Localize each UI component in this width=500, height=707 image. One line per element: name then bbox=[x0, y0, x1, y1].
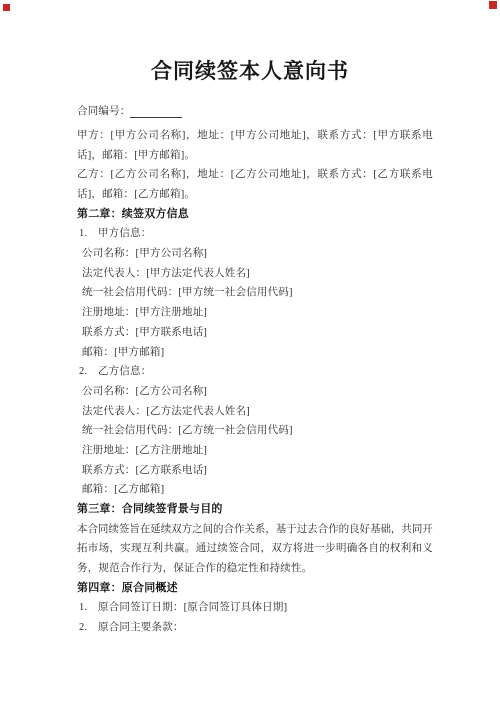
svg-text:话]，邮箱：[乙方邮箱]。: 话]，邮箱：[乙方邮箱]。 bbox=[77, 187, 195, 200]
svg-text:甲方：[甲方公司名称]，地址：[甲方公司地址]，联系方式：[: 甲方：[甲方公司名称]，地址：[甲方公司地址]，联系方式：[甲方联系电 bbox=[77, 128, 433, 141]
contract-number-line: 合同编号： bbox=[77, 103, 433, 123]
chapter-3-paragraph-line-3: 务，规范合作行为，保证合作的稳定性和持续性。 bbox=[77, 560, 433, 580]
field-party-a-registered-address: 注册地址：[甲方注册地址] bbox=[77, 304, 433, 324]
field-party-a-credit-code: 统一社会信用代码：[甲方统一社会信用代码] bbox=[77, 284, 433, 304]
svg-text:邮箱：[乙方邮箱]: 邮箱：[乙方邮箱] bbox=[82, 482, 164, 495]
field-party-a-contact: 联系方式：[甲方联系电话] bbox=[77, 324, 433, 344]
svg-text:联系方式：[甲方联系电话]: 联系方式：[甲方联系电话] bbox=[82, 325, 207, 338]
svg-text:拓市场，实现互利共赢。通过续签合同，双方将进一步明确各自的权: 拓市场，实现互利共赢。通过续签合同，双方将进一步明确各自的权利和义 bbox=[77, 541, 433, 554]
svg-text:法定代表人：[乙方法定代表人姓名]: 法定代表人：[乙方法定代表人姓名] bbox=[82, 404, 250, 417]
svg-text:公司名称：[乙方公司名称]: 公司名称：[乙方公司名称] bbox=[82, 384, 207, 397]
field-party-b-contact: 联系方式：[乙方联系电话] bbox=[77, 462, 433, 482]
party-a-intro-line-2: 话]，邮箱：[甲方邮箱]。 bbox=[77, 147, 433, 167]
document-body: 合同编号： 甲方：[甲方公司名称]，地址：[甲方公司地址]，联系方式：[甲方联系… bbox=[77, 103, 433, 639]
svg-text:注册地址：[甲方注册地址]: 注册地址：[甲方注册地址] bbox=[82, 305, 207, 318]
chapter-2-heading: 第二章：续签双方信息 bbox=[77, 206, 433, 226]
field-party-a-company-name: 公司名称：[甲方公司名称] bbox=[77, 245, 433, 265]
party-b-intro-line-1: 乙方：[乙方公司名称]，地址：[乙方公司地址]，联系方式：[乙方联系电 bbox=[77, 166, 433, 186]
svg-text:1. 甲方信息：: 1. 甲方信息： bbox=[79, 226, 151, 239]
svg-text:邮箱：[甲方邮箱]: 邮箱：[甲方邮箱] bbox=[82, 345, 164, 358]
field-party-b-company-name: 公司名称：[乙方公司名称] bbox=[77, 383, 433, 403]
chapter-4-heading: 第四章：原合同概述 bbox=[77, 580, 433, 600]
svg-text:第四章：原合同概述: 第四章：原合同概述 bbox=[77, 580, 178, 594]
field-party-a-email: 邮箱：[甲方邮箱] bbox=[77, 344, 433, 364]
svg-text:第二章：续签双方信息: 第二章：续签双方信息 bbox=[77, 206, 190, 220]
field-party-a-legal-rep: 法定代表人：[甲方法定代表人姓名] bbox=[77, 265, 433, 285]
svg-text:话]，邮箱：[甲方邮箱]。: 话]，邮箱：[甲方邮箱]。 bbox=[77, 148, 195, 161]
party-b-intro-line-2: 话]，邮箱：[乙方邮箱]。 bbox=[77, 186, 433, 206]
page-title: 合同续签本人意向书 bbox=[0, 58, 500, 84]
field-party-b-registered-address: 注册地址：[乙方注册地址] bbox=[77, 442, 433, 462]
document-page: 合同续签本人意向书 合同编号： 甲方：[甲方公司名称]，地址：[甲方公司地址]，… bbox=[0, 0, 500, 707]
chapter-3-heading: 第三章：合同续签背景与目的 bbox=[77, 501, 433, 521]
field-party-b-legal-rep: 法定代表人：[乙方法定代表人姓名] bbox=[77, 403, 433, 423]
svg-text:法定代表人：[甲方法定代表人姓名]: 法定代表人：[甲方法定代表人姓名] bbox=[82, 266, 250, 279]
svg-text:本合同续签旨在延续双方之间的合作关系，基于过去合作的良好基础: 本合同续签旨在延续双方之间的合作关系，基于过去合作的良好基础，共同开 bbox=[77, 522, 433, 535]
list-item-original-contract-terms: 2. 原合同主要条款： bbox=[77, 619, 433, 639]
svg-text:乙方：[乙方公司名称]，地址：[乙方公司地址]，联系方式：[: 乙方：[乙方公司名称]，地址：[乙方公司地址]，联系方式：[乙方联系电 bbox=[77, 167, 433, 180]
svg-text:2. 原合同主要条款：: 2. 原合同主要条款： bbox=[79, 620, 184, 633]
svg-text:统一社会信用代码：[乙方统一社会信用代码]: 统一社会信用代码：[乙方统一社会信用代码] bbox=[82, 423, 293, 436]
field-party-b-credit-code: 统一社会信用代码：[乙方统一社会信用代码] bbox=[77, 422, 433, 442]
svg-text:2. 乙方信息：: 2. 乙方信息： bbox=[79, 364, 151, 377]
list-item-original-contract-date: 1. 原合同签订日期：[原合同签订具体日期] bbox=[77, 599, 433, 619]
chapter-3-paragraph-line-2: 拓市场，实现互利共赢。通过续签合同，双方将进一步明确各自的权利和义 bbox=[77, 540, 433, 560]
list-item-party-a-info: 1. 甲方信息： bbox=[77, 225, 433, 245]
contract-number-label: 合同编号： bbox=[77, 104, 131, 117]
svg-text:1. 原合同签订日期：[原合同签订具体日期]: 1. 原合同签订日期：[原合同签订具体日期] bbox=[79, 600, 287, 613]
svg-text:统一社会信用代码：[甲方统一社会信用代码]: 统一社会信用代码：[甲方统一社会信用代码] bbox=[82, 285, 293, 298]
svg-text:第三章：合同续签背景与目的: 第三章：合同续签背景与目的 bbox=[77, 501, 223, 515]
chapter-3-paragraph-line-1: 本合同续签旨在延续双方之间的合作关系，基于过去合作的良好基础，共同开 bbox=[77, 521, 433, 541]
red-marker-right-icon bbox=[489, 1, 497, 9]
svg-text:联系方式：[乙方联系电话]: 联系方式：[乙方联系电话] bbox=[82, 463, 207, 476]
red-marker-left-icon bbox=[3, 4, 10, 11]
svg-text:务，规范合作行为，保证合作的稳定性和持续性。: 务，规范合作行为，保证合作的稳定性和持续性。 bbox=[77, 561, 312, 574]
svg-text:公司名称：[甲方公司名称]: 公司名称：[甲方公司名称] bbox=[82, 246, 207, 259]
field-party-b-email: 邮箱：[乙方邮箱] bbox=[77, 481, 433, 501]
list-item-party-b-info: 2. 乙方信息： bbox=[77, 363, 433, 383]
svg-text:注册地址：[乙方注册地址]: 注册地址：[乙方注册地址] bbox=[82, 443, 207, 456]
party-a-intro-line-1: 甲方：[甲方公司名称]，地址：[甲方公司地址]，联系方式：[甲方联系电 bbox=[77, 127, 433, 147]
